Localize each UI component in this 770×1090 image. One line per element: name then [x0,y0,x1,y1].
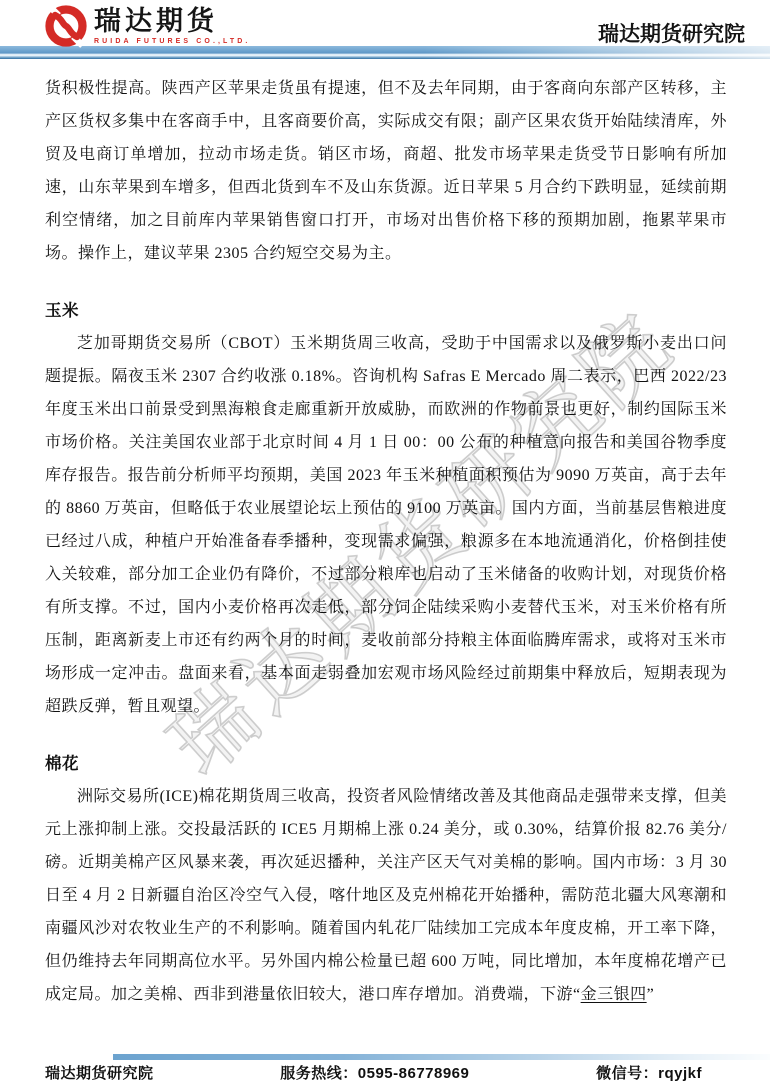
footer-divider-bar [113,1054,770,1060]
footer-hotline: 服务热线：0595-86778969 [280,1062,469,1083]
page-title: 瑞达期货研究院 [598,18,745,48]
text-run: 洲际交易所(ICE)棉花期货周三收高，投资者风险情绪改善及其他商品走强带来支撑，… [45,788,727,1003]
header-row: 瑞达期货 RUIDA FUTURES CO.,LTD. 瑞达期货研究院 [0,0,770,46]
footer-wechat: 微信号：rqyjkf [596,1062,702,1083]
footer-institute: 瑞达期货研究院 [45,1062,154,1083]
page-header: 瑞达期货 RUIDA FUTURES CO.,LTD. 瑞达期货研究院 [0,0,770,59]
ruida-logo-icon [44,4,88,48]
logo-text: 瑞达期货 RUIDA FUTURES CO.,LTD. [94,8,250,45]
page-footer: 瑞达期货研究院 服务热线：0595-86778969 微信号：rqyjkf [45,1062,702,1083]
section-heading-corn: 玉米 [45,294,727,327]
paragraph-cotton: 洲际交易所(ICE)棉花期货周三收高，投资者风险情绪改善及其他商品走强带来支撑，… [45,780,727,1011]
paragraph-corn: 芝加哥期货交易所（CBOT）玉米期货周三收高，受助于中国需求以及俄罗斯小麦出口问… [45,327,727,723]
logo-brand-cn: 瑞达期货 [94,8,250,35]
text-run: ” [647,986,655,1003]
text-run: 货积极性提高。陕西产区苹果走货虽有提速，但不及去年同期，由于客商向东部产区转移，… [45,80,727,262]
report-page: 瑞达期货 RUIDA FUTURES CO.,LTD. 瑞达期货研究院 瑞达期货… [0,0,770,1090]
paragraph-apple-continued: 货积极性提高。陕西产区苹果走货虽有提速，但不及去年同期，由于客商向东部产区转移，… [45,72,727,270]
section-heading-cotton: 棉花 [45,747,727,780]
underlined-text: 金三银四 [581,986,647,1003]
report-body: 货积极性提高。陕西产区苹果走货虽有提速，但不及去年同期，由于客商向东部产区转移，… [45,59,727,1011]
company-logo: 瑞达期货 RUIDA FUTURES CO.,LTD. [44,4,250,48]
logo-brand-en: RUIDA FUTURES CO.,LTD. [94,38,250,45]
text-run: 芝加哥期货交易所（CBOT）玉米期货周三收高，受助于中国需求以及俄罗斯小麦出口问… [45,335,727,715]
